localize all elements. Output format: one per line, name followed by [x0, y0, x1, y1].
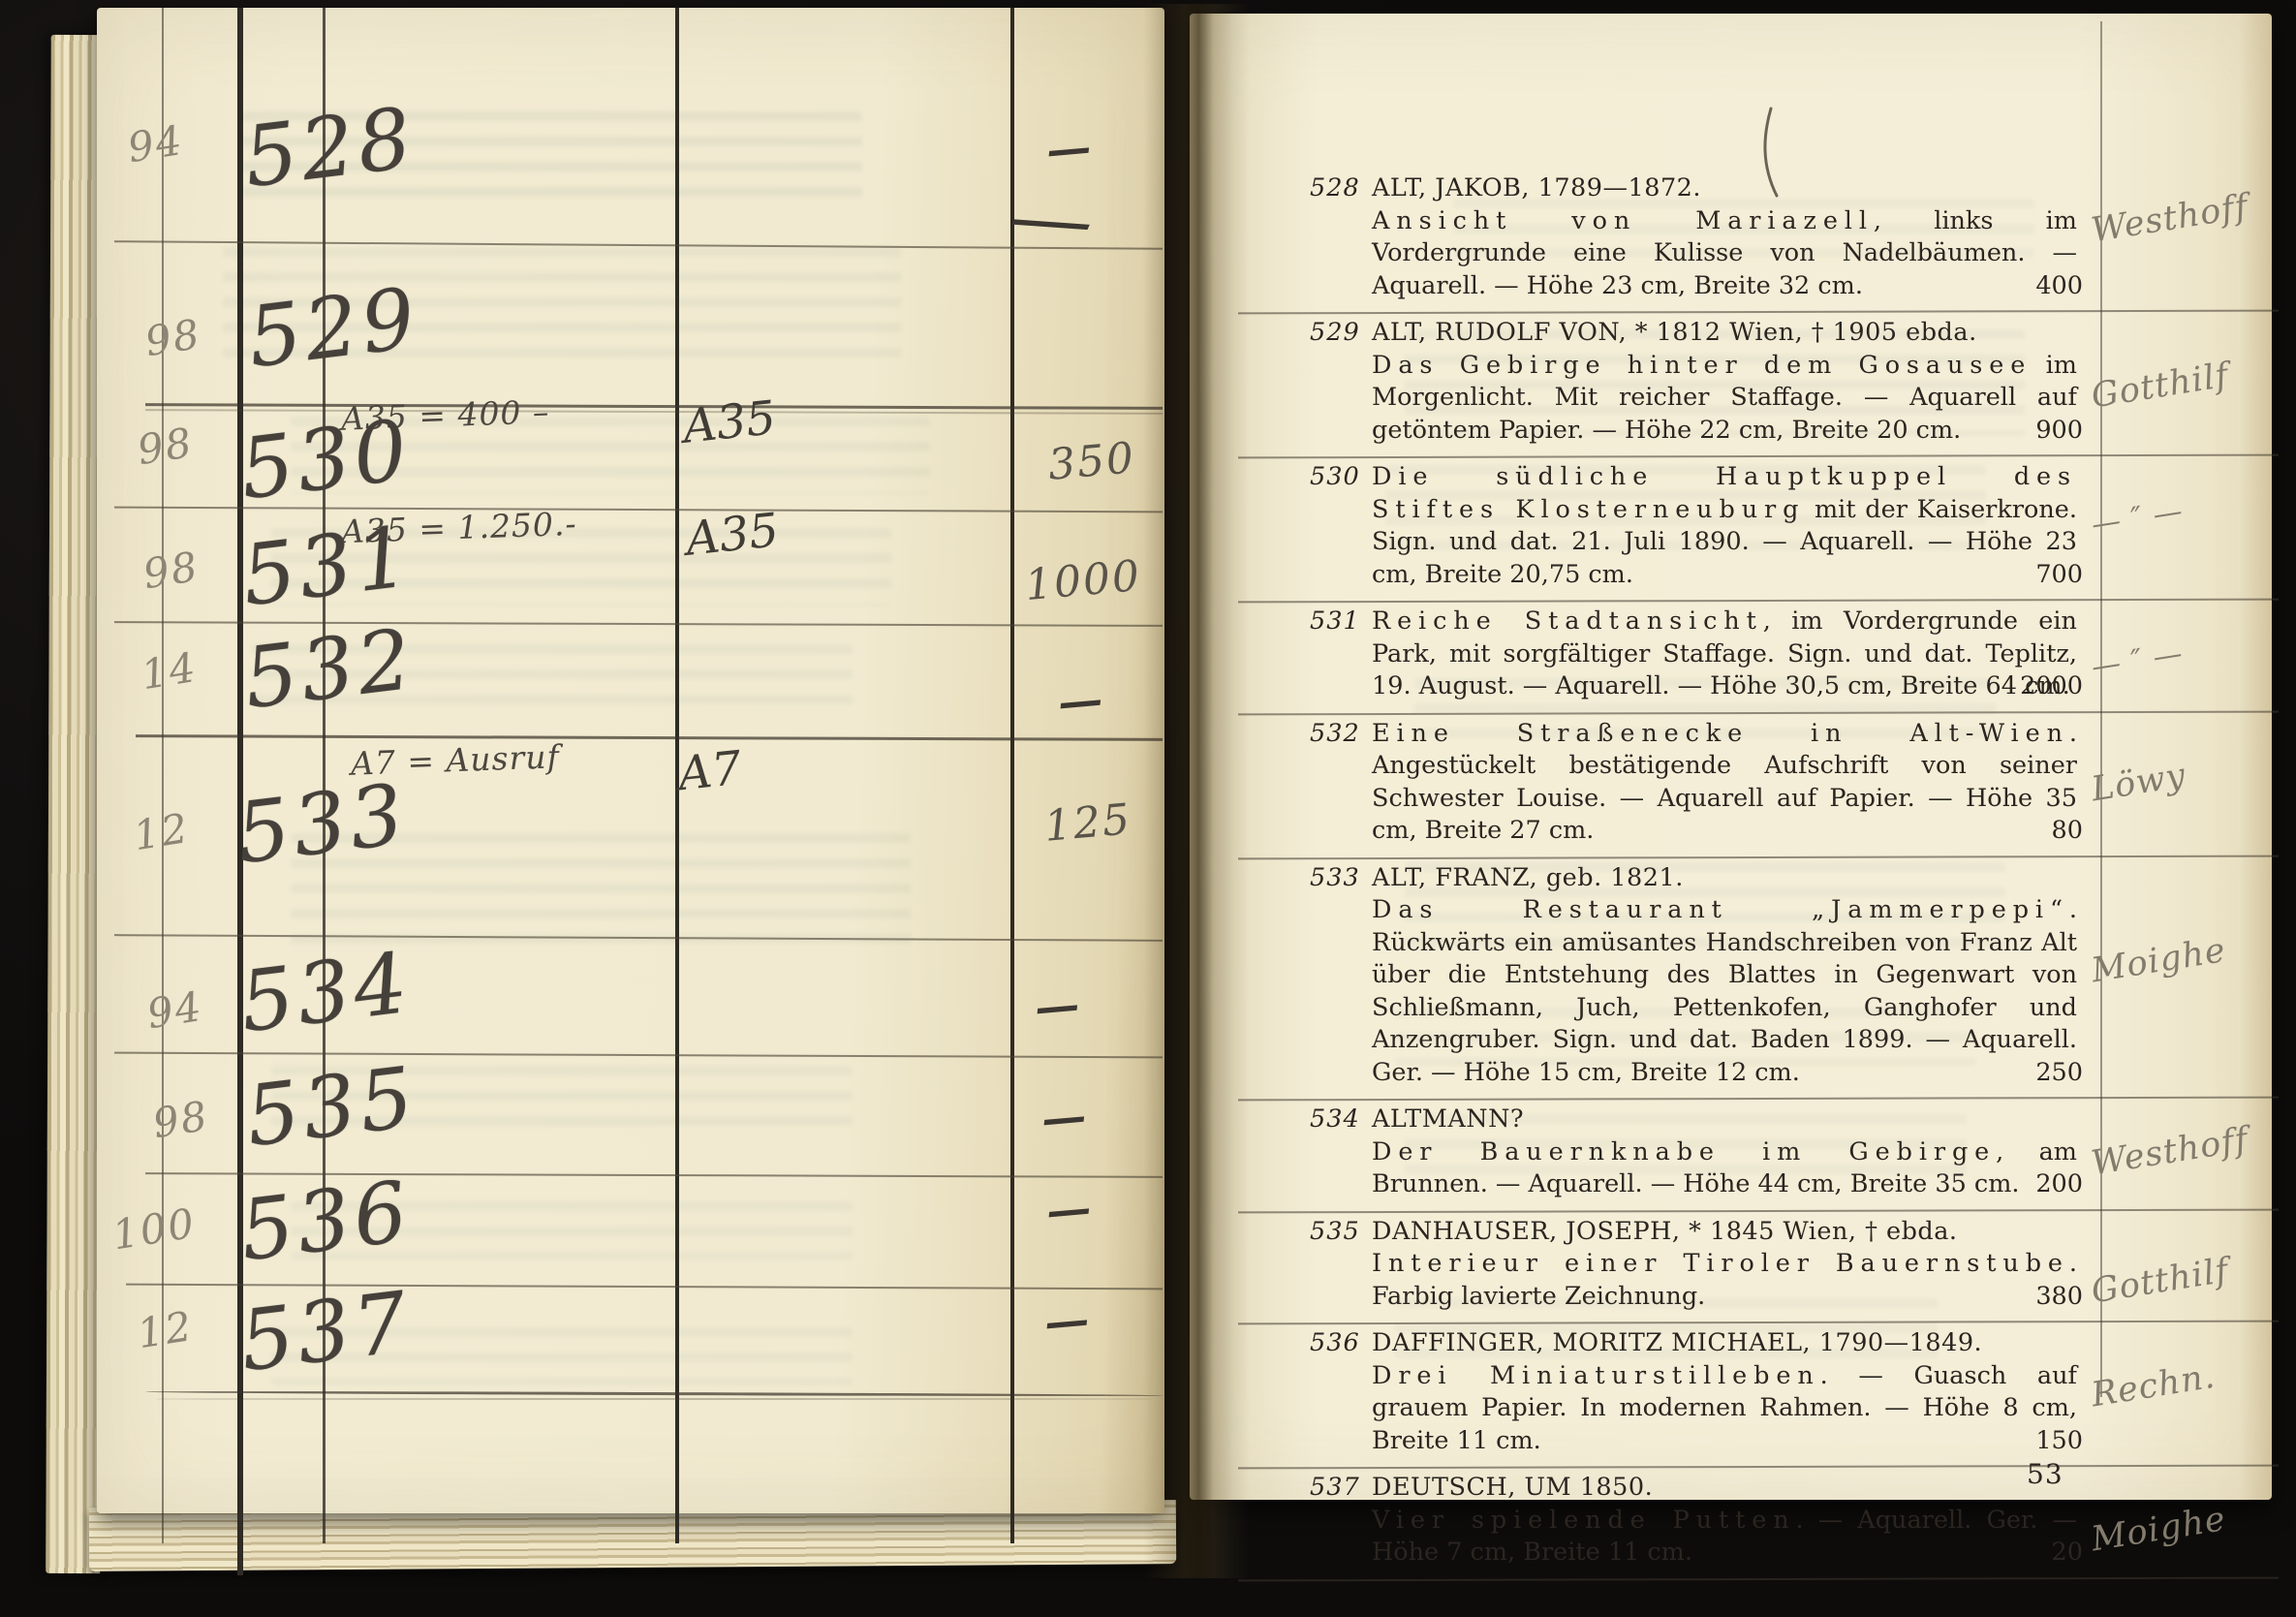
ledger-lot-number: 532 — [239, 618, 419, 722]
estimate-price: 20 — [2052, 1537, 2083, 1570]
entry-number: 537 — [1310, 1472, 1360, 1505]
entry-description: Die südliche Hauptkuppel des Stiftes Klo… — [1372, 461, 2083, 591]
ledger-margin-number: 14 — [139, 647, 200, 696]
estimate-price: 150 — [2035, 1425, 2083, 1458]
ledger-margin-number: 98 — [150, 1096, 211, 1144]
estimate-price: 2000 — [2020, 670, 2083, 703]
ledger-lot-number: 536 — [235, 1170, 415, 1274]
entry-title: Reiche Stadtansicht — [1372, 606, 1763, 636]
ledger-row-line — [155, 1398, 1153, 1400]
artist-header: DAFFINGER, MORITZ MICHAEL, 1790—1849. — [1372, 1327, 2083, 1360]
entry-description: Vier spielende Putten. — Aquarell. Ger. … — [1372, 1505, 2083, 1570]
catalog-entry-536: 536 DAFFINGER, MORITZ MICHAEL, 1790—1849… — [1310, 1322, 2083, 1466]
catalog-entry-532: 532 Eine Straßenecke in Alt-Wien. Angest… — [1310, 712, 2083, 856]
ledger-result-dash: — — [1044, 124, 1093, 172]
entry-title: Interieur einer Tiroler Bauernstube — [1372, 1249, 2069, 1278]
ledger-hammer-price: 350 — [1046, 437, 1136, 487]
book-gutter-shadow — [1143, 4, 1250, 1578]
ledger-result-dash: — — [1056, 676, 1104, 725]
estimate-price: 400 — [2035, 270, 2083, 303]
entry-number: 535 — [1310, 1216, 1360, 1249]
entry-description: Interieur einer Tiroler Bauernstube. Far… — [1372, 1248, 2083, 1313]
ledger-margin-number: 94 — [144, 986, 205, 1035]
estimate-price: 250 — [2035, 1057, 2083, 1090]
entry-title: Drei Miniaturstilleben — [1372, 1361, 1820, 1390]
entry-description: Der Bauernknabe im Gebirge, am Brunnen. … — [1372, 1136, 2083, 1201]
ledger-margin-number: 12 — [135, 1306, 196, 1354]
artist-header: ALTMANN? — [1372, 1104, 2083, 1136]
catalog-entries: 528 ALT, JAKOB, 1789—1872. Ansicht von M… — [1310, 167, 2083, 1578]
catalog-entry-534: 534 ALTMANN? Der Bauernknabe im Gebirge,… — [1310, 1098, 2083, 1210]
entry-number: 536 — [1310, 1327, 1360, 1360]
estimate-price: 80 — [2052, 815, 2083, 848]
entry-number: 528 — [1310, 172, 1360, 205]
entry-title: Ansicht von Mariazell — [1372, 206, 1874, 235]
page-number: 53 — [2027, 1458, 2063, 1490]
ledger-lot-number: 530 — [235, 409, 415, 513]
entry-description: Eine Straßenecke in Alt-Wien. Angestücke… — [1372, 718, 2083, 848]
buyer-annotation: Moighe — [2089, 1494, 2285, 1558]
catalog-entry-528: 528 ALT, JAKOB, 1789—1872. Ansicht von M… — [1310, 167, 2083, 311]
ledger-lot-number: 529 — [243, 277, 422, 381]
ledger-lot-number: 534 — [235, 942, 415, 1045]
ledger-result-dash: — — [1008, 196, 1095, 246]
ledger-lot-number: 533 — [232, 773, 411, 877]
catalog-entry-531: 531 Reiche Stadtansicht, im Vordergrunde… — [1310, 600, 2083, 712]
catalog-entry-530: 530 Die südliche Hauptkuppel des Stiftes… — [1310, 455, 2083, 600]
catalog-entry-529: 529 ALT, RUDOLF VON, * 1812 Wien, † 1905… — [1310, 311, 2083, 455]
estimate-price: 380 — [2035, 1281, 2083, 1314]
ledger-note-code: A35 — [681, 394, 778, 451]
ledger-margin-number: 94 — [125, 120, 186, 169]
entry-description: Das Gebirge hinter dem Gosausee im Morge… — [1372, 350, 2083, 448]
artist-header: ALT, JAKOB, 1789—1872. — [1372, 172, 2083, 205]
entry-title: Eine Straßenecke in Alt-Wien — [1372, 719, 2069, 748]
entry-number: 534 — [1310, 1104, 1360, 1136]
entry-title: Das Gebirge hinter dem Gosausee — [1372, 351, 2032, 380]
ledger-lot-number: 531 — [237, 515, 417, 619]
catalog-entry-533: 533 ALT, FRANZ, geb. 1821. Das Restauran… — [1310, 856, 2083, 1099]
estimate-price: 200 — [2035, 1168, 2083, 1201]
ledger-lot-number: 535 — [241, 1056, 420, 1160]
ledger-result-dash: — — [1039, 1093, 1088, 1141]
ledger-lot-number: 537 — [235, 1281, 415, 1384]
entry-description: Drei Miniaturstilleben. — Guasch auf gra… — [1372, 1360, 2083, 1458]
catalog-entry-537: 537 DEUTSCH, UM 1850. Vier spielende Put… — [1310, 1466, 2083, 1578]
artist-header: ALT, FRANZ, geb. 1821. — [1372, 862, 2083, 895]
artist-header: DANHAUSER, JOSEPH, * 1845 Wien, † ebda. — [1372, 1216, 2083, 1249]
entry-number: 529 — [1310, 317, 1360, 350]
entry-title: Der Bauernknabe im Gebirge — [1372, 1137, 1996, 1166]
ledger-result-dash: — — [1033, 981, 1081, 1030]
ledger-note-code: A35 — [684, 507, 781, 563]
catalog-entry-535: 535 DANHAUSER, JOSEPH, * 1845 Wien, † eb… — [1310, 1210, 2083, 1322]
ledger-result-dash: — — [1044, 1185, 1093, 1233]
estimate-price: 900 — [2035, 415, 2083, 448]
ledger-margin-number: 98 — [135, 422, 196, 471]
ledger-note-code: A7 — [676, 745, 744, 798]
entry-description: Reiche Stadtansicht, im Vordergrunde ein… — [1372, 606, 2083, 703]
artist-header: DEUTSCH, UM 1850. — [1372, 1472, 2083, 1505]
ledger-margin-number: 12 — [131, 808, 192, 856]
ledger-hammer-price: 125 — [1042, 798, 1132, 849]
estimate-price: 700 — [2035, 559, 2083, 592]
entry-number: 530 — [1310, 461, 1360, 494]
artist-header: ALT, RUDOLF VON, * 1812 Wien, † 1905 ebd… — [1372, 317, 2083, 350]
ledger-lot-number: 528 — [239, 97, 419, 201]
entry-description: Ansicht von Mariazell, links im Vordergr… — [1372, 205, 2083, 303]
ledger-margin-number: 98 — [140, 546, 202, 595]
entry-number: 533 — [1310, 862, 1360, 895]
entry-number: 532 — [1310, 718, 1360, 751]
entry-title: Das Restaurant „Jammerpepi“ — [1372, 895, 2069, 924]
entry-title: Vier spielende Putten — [1372, 1506, 1796, 1535]
ledger-result-dash: — — [1042, 1296, 1091, 1345]
entry-number: 531 — [1310, 606, 1360, 638]
ledger-margin-number: 98 — [142, 314, 203, 362]
entry-description: Das Restaurant „Jammerpepi“. Rückwärts e… — [1372, 894, 2083, 1089]
ledger-hammer-price: 1000 — [1023, 555, 1142, 607]
